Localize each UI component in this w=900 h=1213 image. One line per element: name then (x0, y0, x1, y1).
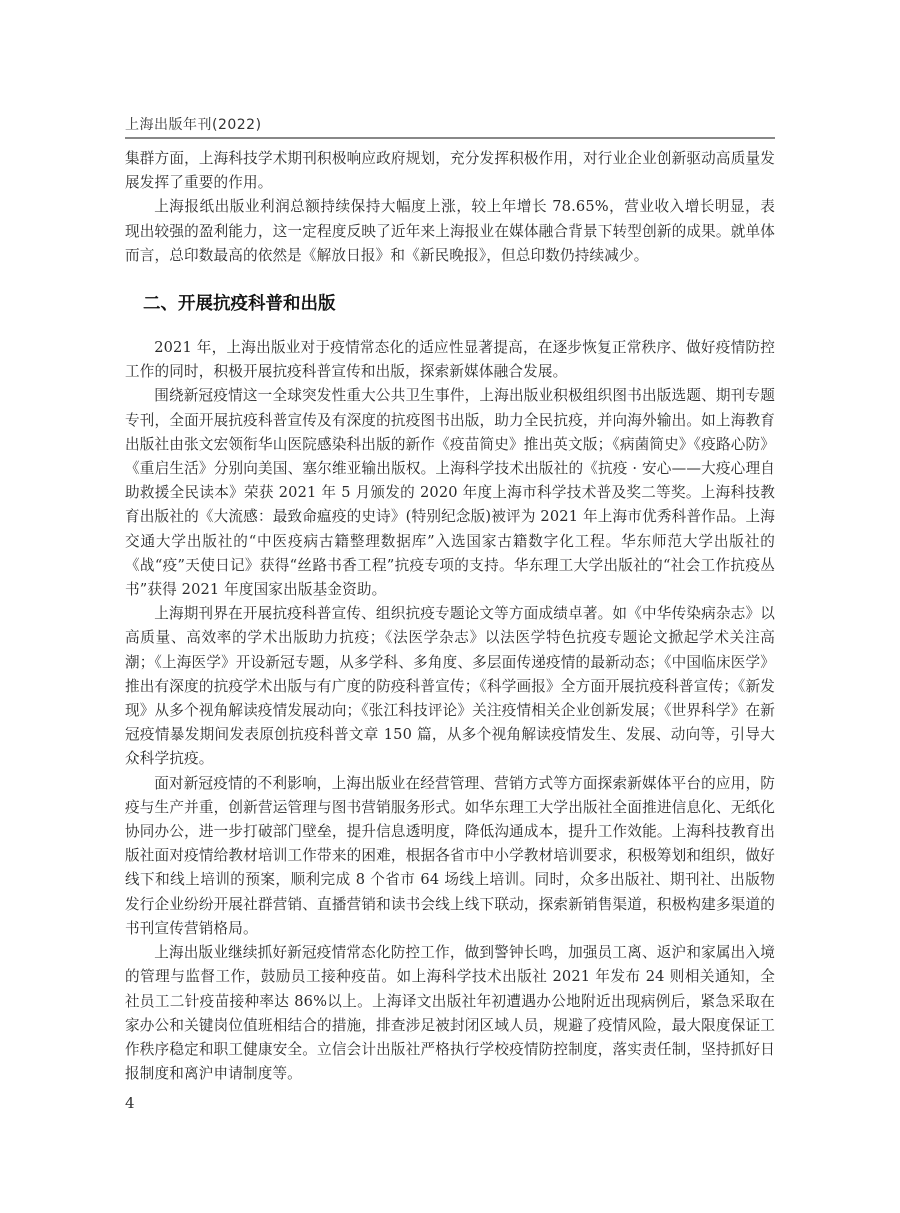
paragraph: 2021 年，上海出版业对于疫情常态化的适应性显著提高，在逐步恢复正常秩序、做好… (125, 336, 775, 384)
paragraph: 围绕新冠疫情这一全球突发性重大公共卫生事件，上海出版业积极组织图书出版选题、期刊… (125, 384, 775, 602)
paragraph: 上海期刊界在开展抗疫科普宣传、组织抗疫专题论文等方面成绩卓著。如《中华传染病杂志… (125, 602, 775, 771)
paragraph: 集群方面，上海科技学术期刊积极响应政府规划，充分发挥积极作用，对行业企业创新驱动… (125, 147, 775, 195)
page-number: 4 (125, 1094, 135, 1112)
paragraph: 上海出版业继续抓好新冠疫情常态化防控工作，做到警钟长鸣，加强员工离、返沪和家属出… (125, 941, 775, 1086)
section-title: 二、开展抗疫科普和出版 (125, 290, 775, 318)
running-head: 上海出版年刊(2022) (125, 114, 262, 134)
body-text: 集群方面，上海科技学术期刊积极响应政府规划，充分发挥积极作用，对行业企业创新驱动… (125, 147, 775, 1086)
paragraph: 面对新冠疫情的不利影响，上海出版业在经营管理、营销方式等方面探索新媒体平台的应用… (125, 772, 775, 941)
paragraph: 上海报纸出版业利润总额持续保持大幅度上涨，较上年增长 78.65%，营业收入增长… (125, 195, 775, 268)
header-rule (125, 137, 775, 139)
